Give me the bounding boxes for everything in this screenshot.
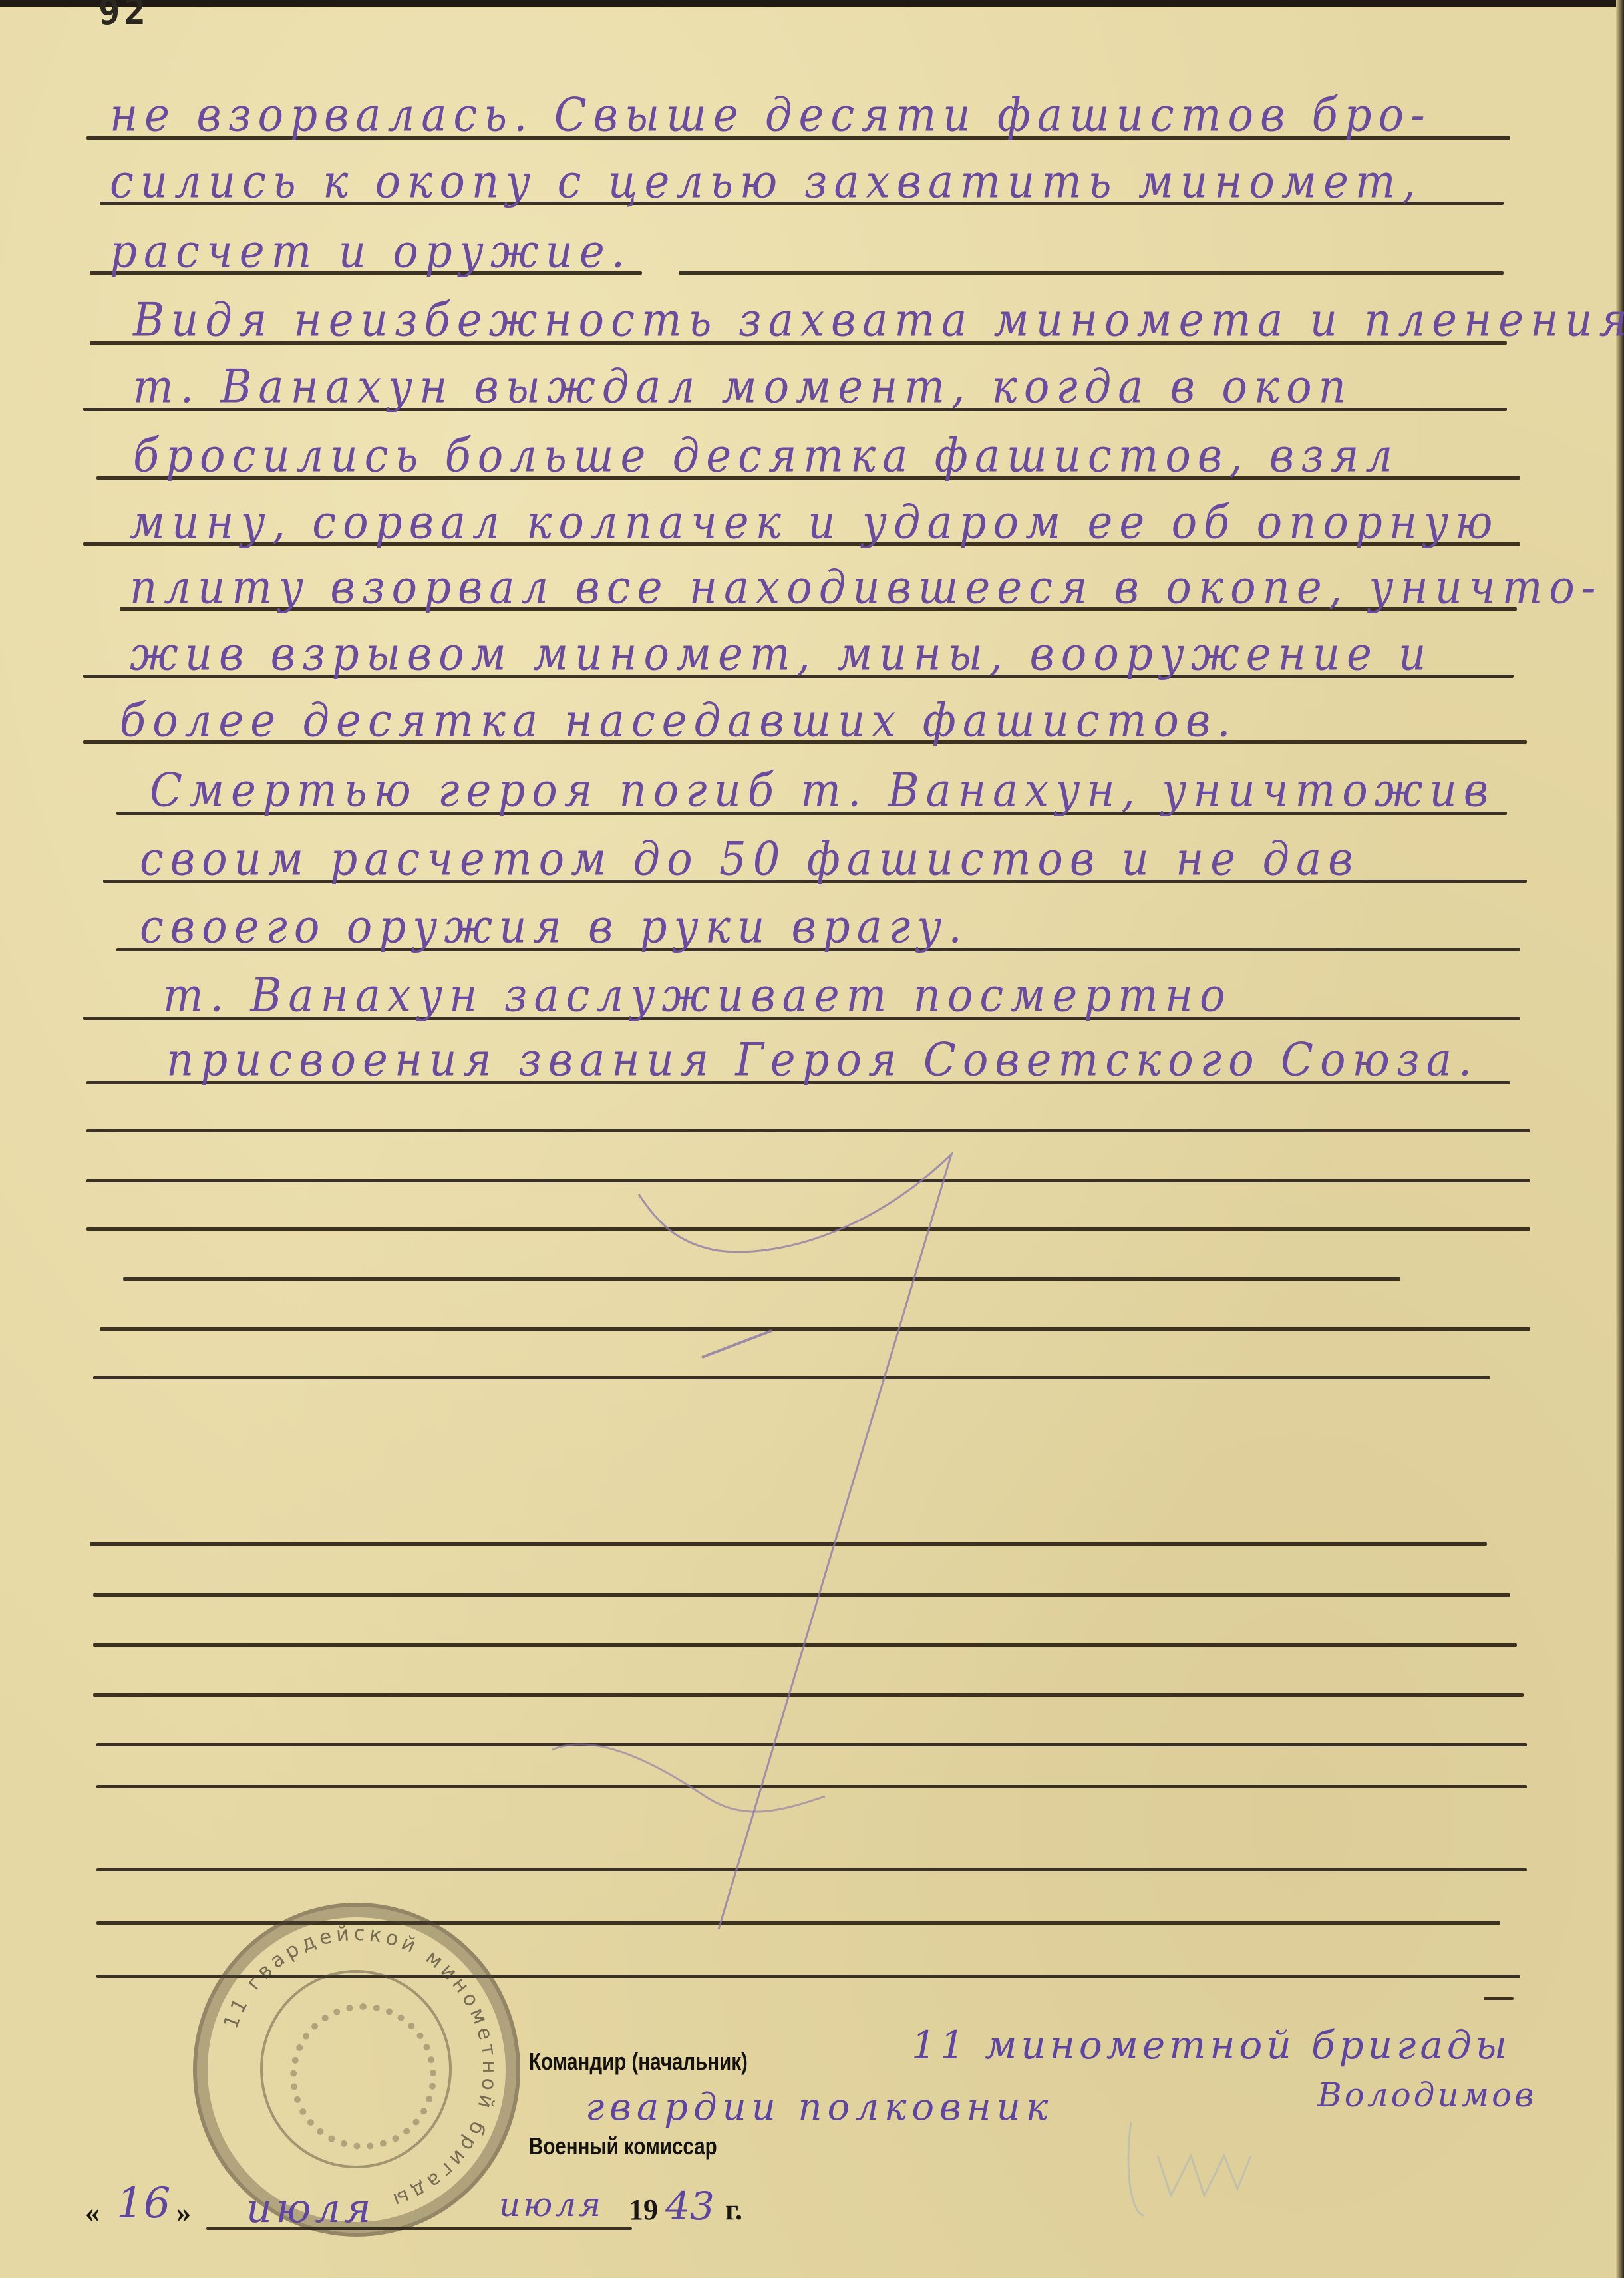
date-close-quote: » [176,2196,191,2229]
date-month: июля [246,2186,375,2232]
date-month-correction: июля [499,2186,603,2224]
date-day: 16 [116,2179,170,2228]
faint-pencil-signature [0,0,1624,2278]
date-year-abbr: г. [725,2193,742,2227]
document-page: 92 не взорвалась. Свыше десяти фашистов … [0,0,1624,2278]
date-underline [206,2227,632,2230]
date-open-quote: « [85,2196,100,2229]
date-year-prefix: 19 [629,2193,658,2227]
date-year-suffix: 43 [665,2184,715,2229]
